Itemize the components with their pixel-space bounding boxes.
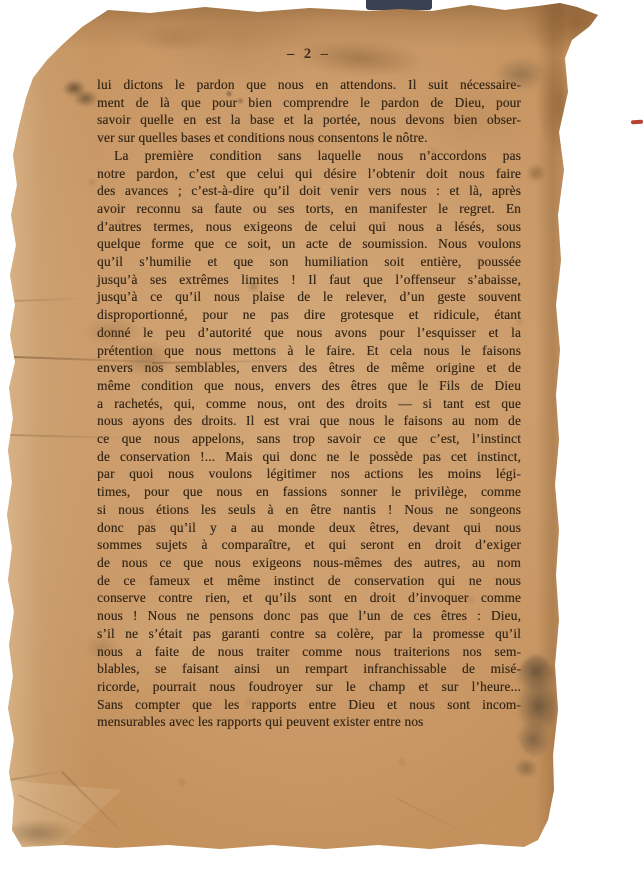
paper-grain-noise	[0, 0, 643, 893]
scanned-page-canvas: – 2 – lui dictons le pardon que nous en …	[0, 0, 643, 893]
red-ink-mark	[631, 120, 643, 125]
